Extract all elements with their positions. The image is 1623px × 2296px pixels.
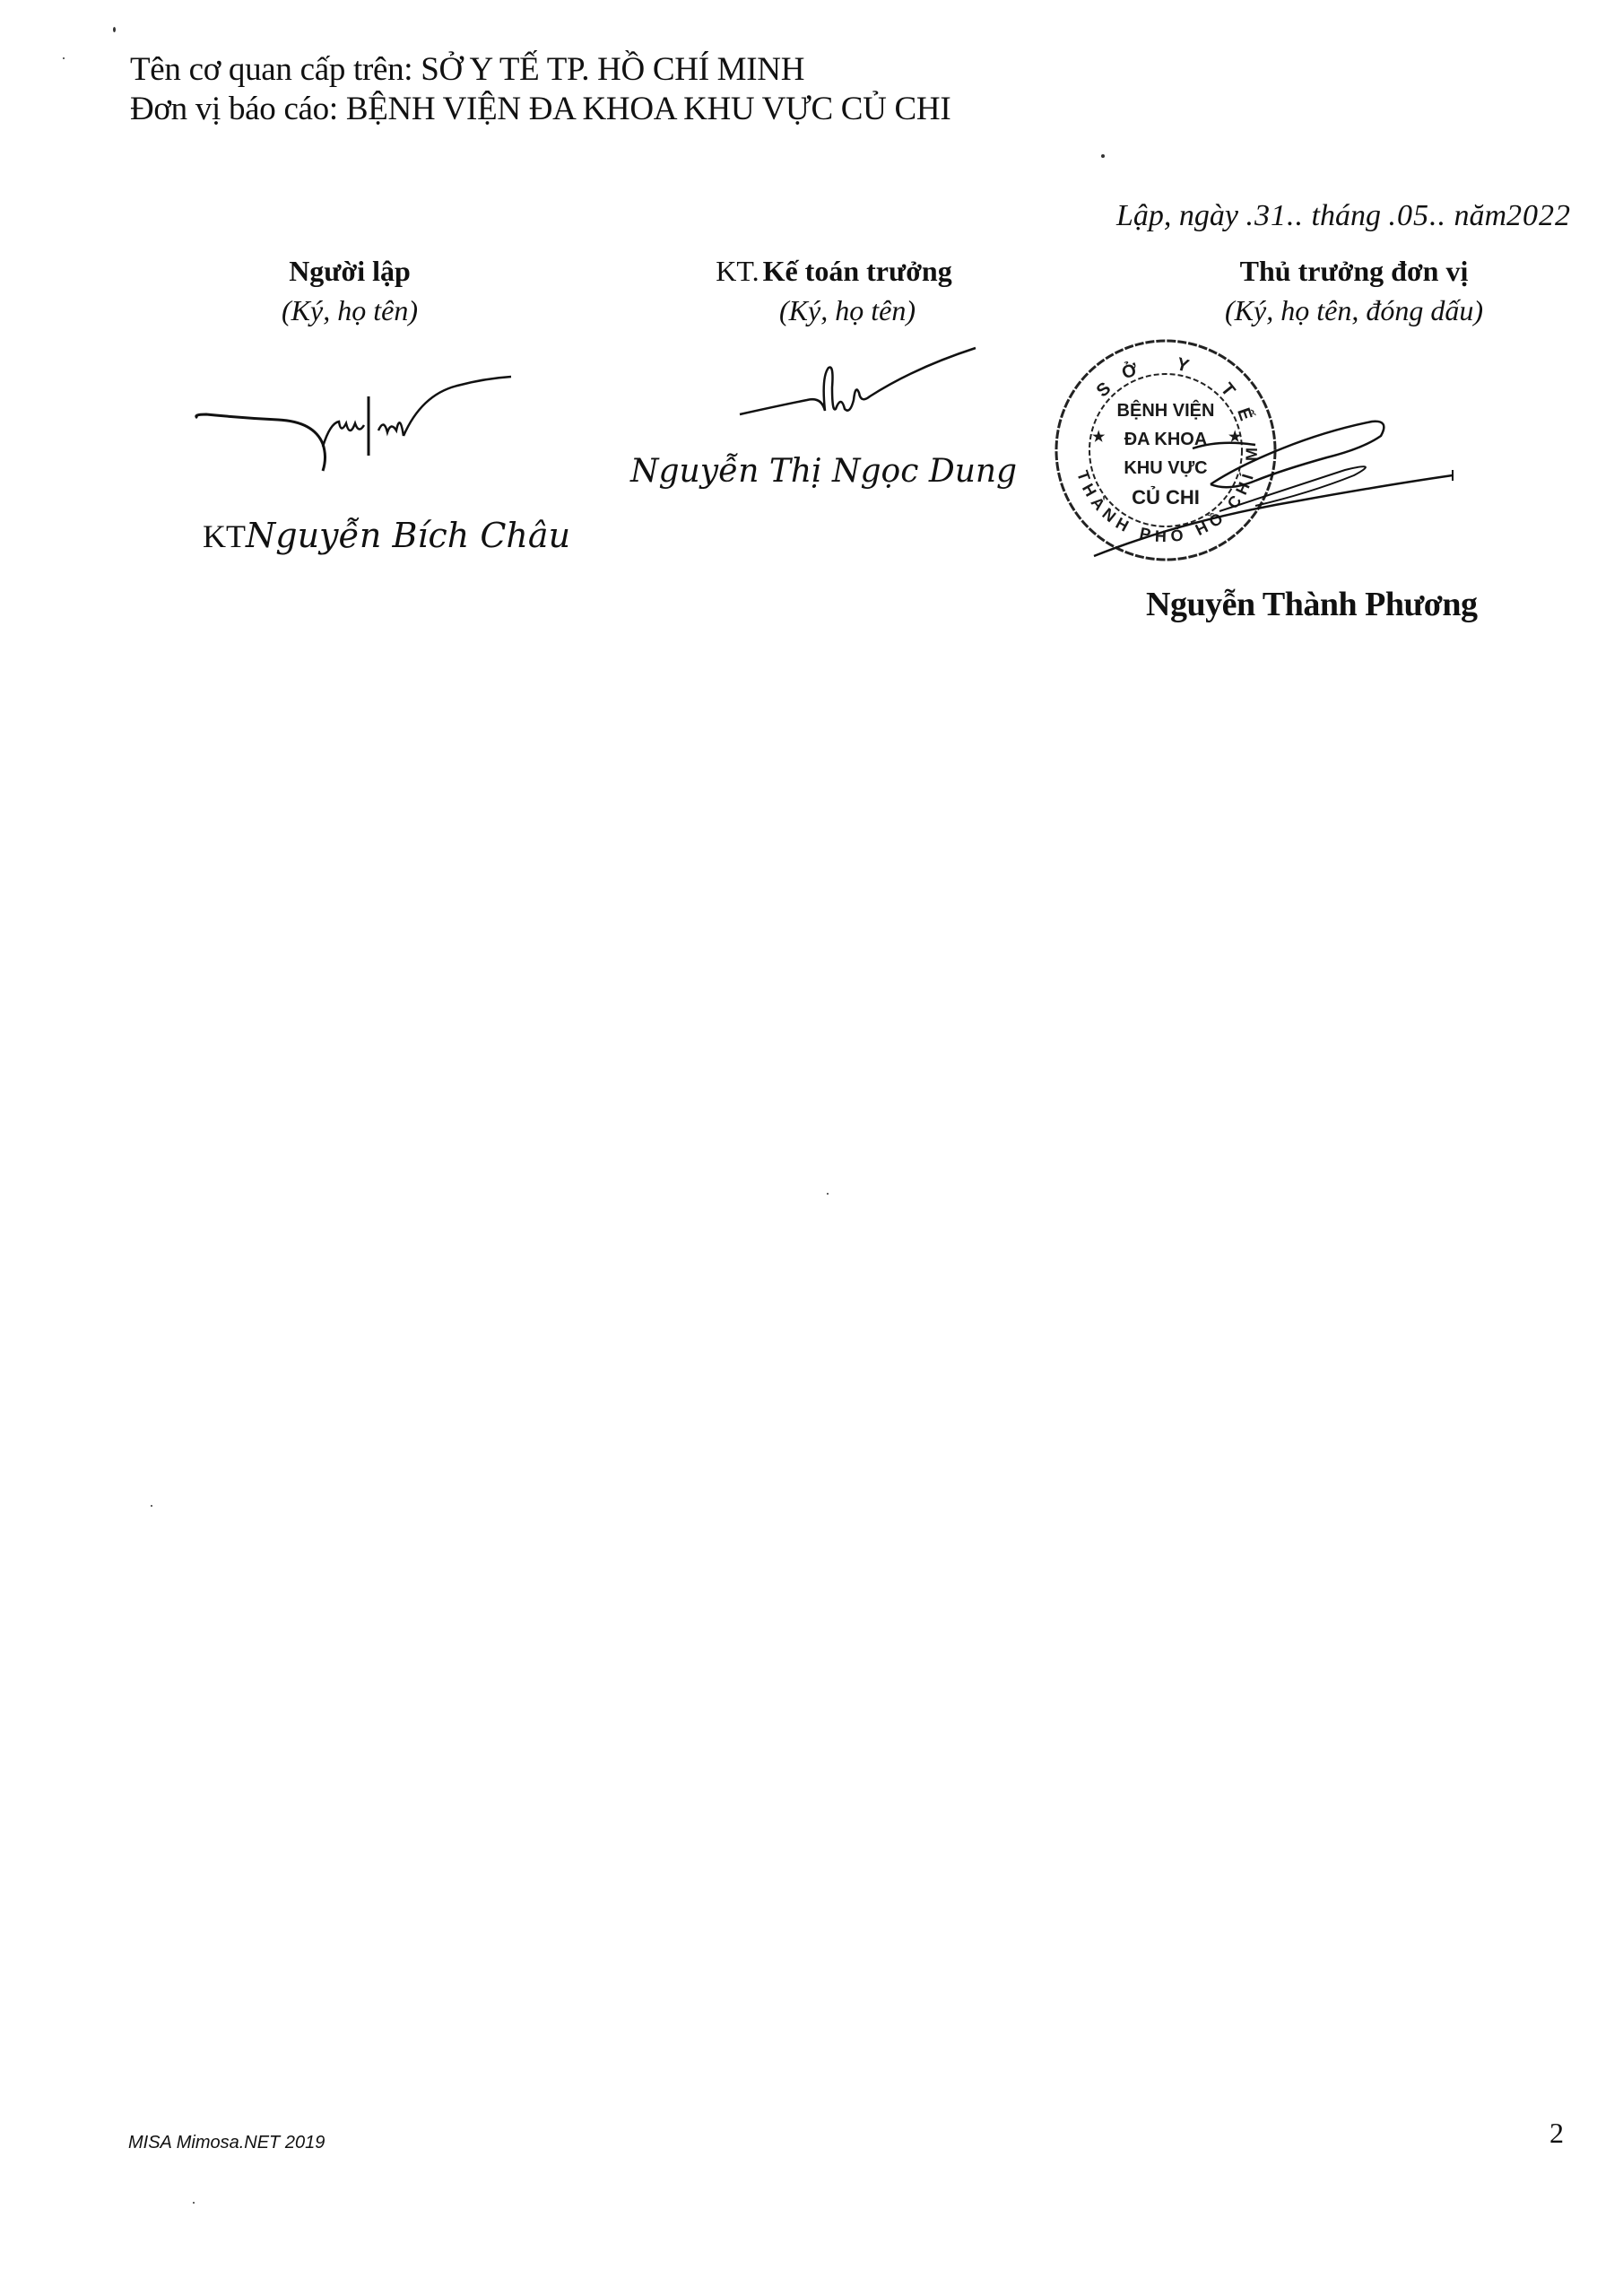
signatory-preparer: Người lập (Ký, họ tên) — [233, 251, 466, 330]
report-date: Lập, ngày .31.. tháng .05.. năm2022 — [1116, 199, 1571, 233]
scan-speck — [113, 27, 116, 32]
scan-speck — [63, 57, 65, 59]
chief-accountant-instruction: (Ký, họ tên) — [690, 291, 977, 330]
scan-speck — [193, 2202, 195, 2204]
parent-agency-label: Tên cơ quan cấp trên: — [130, 51, 412, 88]
reporting-unit-label: Đơn vị báo cáo: — [130, 91, 338, 127]
date-day: .31.. — [1246, 199, 1305, 232]
parent-agency-value: SỞ Y TẾ TP. HỒ CHÍ MINH — [421, 51, 804, 88]
reporting-unit-value: BỆNH VIỆN ĐA KHOA KHU VỰC CỦ CHI — [346, 91, 951, 127]
director-role: Thủ trưởng đơn vị — [1166, 251, 1542, 291]
chief-accountant-signature — [735, 341, 977, 430]
reporting-unit-line: Đơn vị báo cáo: BỆNH VIỆN ĐA KHOA KHU VỰ… — [130, 90, 950, 129]
signatory-director: Thủ trưởng đơn vị (Ký, họ tên, đóng dấu) — [1166, 251, 1542, 330]
preparer-instruction: (Ký, họ tên) — [233, 291, 466, 330]
preparer-signature — [188, 359, 511, 484]
page-number: 2 — [1549, 2117, 1564, 2150]
chief-accountant-role-prefix: KT. — [716, 255, 759, 287]
date-year-label: năm — [1454, 199, 1506, 232]
preparer-name-prefix: KT — [203, 518, 246, 554]
date-month-label: tháng — [1312, 199, 1381, 232]
software-footer: MISA Mimosa.NET 2019 — [128, 2133, 325, 2153]
director-signature — [1076, 395, 1453, 538]
preparer-name: KTNguyễn Bích Châu — [203, 516, 570, 555]
scan-speck — [1101, 154, 1105, 158]
signatory-chief-accountant: KT.Kế toán trưởng (Ký, họ tên) — [690, 251, 977, 330]
chief-accountant-role: KT.Kế toán trưởng — [690, 251, 977, 291]
chief-accountant-name: Nguyễn Thị Ngọc Dung — [630, 453, 1017, 490]
preparer-role: Người lập — [233, 251, 466, 291]
director-name: Nguyễn Thành Phương — [1146, 585, 1477, 624]
scan-speck — [151, 1505, 152, 1507]
director-instruction: (Ký, họ tên, đóng dấu) — [1166, 291, 1542, 330]
date-year: 2022 — [1506, 199, 1571, 232]
parent-agency-line: Tên cơ quan cấp trên: SỞ Y TẾ TP. HỒ CHÍ… — [130, 50, 804, 90]
scan-speck — [827, 1193, 829, 1195]
date-prefix: Lập, ngày — [1116, 199, 1238, 232]
date-month: .05.. — [1388, 199, 1446, 232]
